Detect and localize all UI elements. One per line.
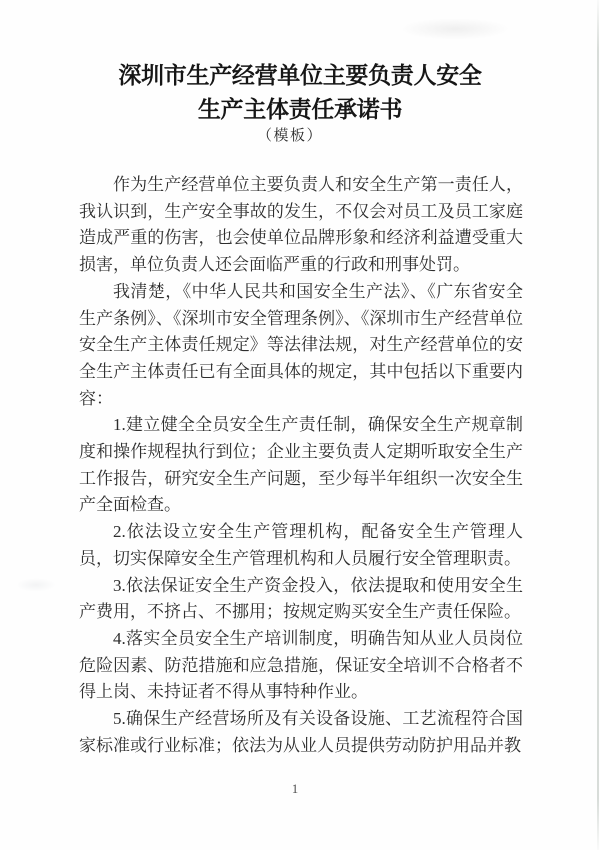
document-subtitle: （模板） (0, 126, 580, 146)
paragraph-item-2: 2.依法设立安全生产管理机构，配备安全生产管理人员，切实保障安全生产管理机构和人… (79, 519, 523, 572)
document-title-line-1: 深圳市生产经营单位主要负责人安全 (0, 58, 600, 92)
paragraph-item-3: 3.依法保证安全生产资金投入，依法提取和使用安全生产费用，不挤占、不挪用；按规定… (79, 573, 523, 626)
page-number: 1 (0, 781, 590, 797)
paragraph-item-1: 1.建立健全全员安全生产责任制，确保安全生产规章制度和操作规程执行到位；企业主要… (79, 412, 523, 519)
document-title-line-2: 生产主体责任承诺书 (0, 92, 600, 126)
paragraph-intro: 作为生产经营单位主要负责人和安全生产第一责任人，我认识到，生产安全事故的发生，不… (79, 172, 523, 279)
document-body: 作为生产经营单位主要负责人和安全生产第一责任人，我认识到，生产安全事故的发生，不… (79, 172, 523, 759)
scan-smudge-artifact (400, 18, 510, 40)
scan-edge-line (597, 0, 599, 850)
paragraph-item-5: 5.确保生产经营场所及有关设备设施、工艺流程符合国家标准或行业标准；依法为从业人… (79, 706, 523, 759)
paragraph-laws: 我清楚，《中华人民共和国安全生产法》、《广东省安全生产条例》、《深圳市安全管理条… (79, 279, 523, 413)
paragraph-item-4: 4.落实全员安全生产培训制度，明确告知从业人员岗位危险因素、防范措施和应急措施，… (79, 626, 523, 706)
document-page: 深圳市生产经营单位主要负责人安全 生产主体责任承诺书 （模板） 作为生产经营单位… (0, 0, 600, 850)
document-title: 深圳市生产经营单位主要负责人安全 生产主体责任承诺书 (0, 58, 600, 126)
scan-smudge-artifact-left (16, 578, 56, 592)
